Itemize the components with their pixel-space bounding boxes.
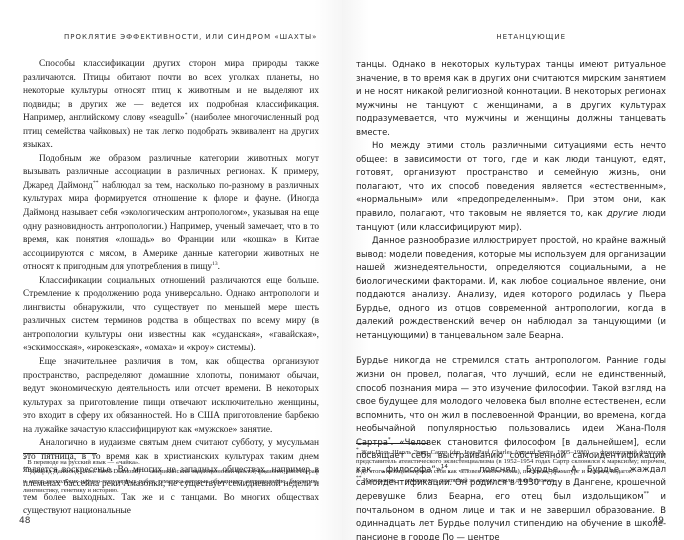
- footnote-text: В переводе на русский язык — «чайка».: [27, 459, 139, 466]
- footnote-divider: [356, 443, 428, 444]
- left-page-body: Способы классификации других сторон мира…: [23, 58, 319, 519]
- book-spread: ПРОКЛЯТИЕ ЭФФЕКТИВНОСТИ, ИЛИ СИНДРОМ «ША…: [0, 0, 684, 540]
- footnote-mark: *: [23, 457, 26, 463]
- running-head-right: НЕТАНЦУЮЩИЕ: [496, 33, 566, 41]
- footnote: * В переводе на русский язык — «чайка».: [23, 458, 319, 467]
- footnotes-right: * Жан-Поль Шарль Эмар Сартр (фр. Jean-Pa…: [356, 448, 666, 486]
- footnote-lang: англ.: [83, 468, 97, 475]
- paragraph: Способы классификации других сторон мира…: [23, 58, 319, 153]
- paragraph: Классификации социальных отношений разли…: [23, 275, 319, 356]
- footnote-divider: [23, 453, 97, 454]
- footnote: * Жан-Поль Шарль Эмар Сартр (фр. Jean-Pa…: [356, 448, 666, 476]
- footnote-mark: **: [23, 466, 29, 472]
- emphasis: другие: [607, 208, 638, 218]
- paragraph: Подобным же образом различные категории …: [23, 153, 319, 275]
- left-page: ПРОКЛЯТИЕ ЭФФЕКТИВНОСТИ, ИЛИ СИНДРОМ «ША…: [0, 0, 342, 540]
- footnotes-left: * В переводе на русский язык — «чайка». …: [23, 458, 319, 496]
- paragraph-text: Но между этими столь различными ситуация…: [356, 140, 666, 218]
- footnote-text: Жан-Поль Шарль Эмар Сартр (: [361, 449, 452, 456]
- footnote-lang: фр.: [452, 449, 462, 456]
- paragraph: Данное разнообразие иллюстрирует простой…: [356, 234, 666, 342]
- paragraph: Еще значительнее различия в том, как общ…: [23, 356, 319, 437]
- right-page: НЕТАНЦУЮЩИЕ танцы. Однако в некоторых ку…: [342, 0, 684, 540]
- footnote: ** Издольщик — земледелец, платящий за а…: [356, 476, 666, 485]
- page-number-right: 49: [653, 516, 664, 526]
- paragraph-text: наблюдал за тем, насколько по-разному в …: [23, 181, 319, 272]
- footnote-text: Издольщик — земледелец, платящий за арен…: [363, 477, 555, 484]
- page-number-left: 48: [19, 516, 30, 526]
- paragraph: Но между этими столь различными ситуация…: [356, 139, 666, 234]
- footnote: ** Джаред Даймонд (англ. Jared Diamond) …: [23, 467, 319, 495]
- footnote-mark: *: [356, 447, 359, 453]
- footnote-text: Джаред Даймонд (: [30, 468, 82, 475]
- paragraph-text: .: [218, 262, 220, 272]
- footnote-mark: **: [356, 475, 362, 481]
- paragraph-text: Бурдье никогда не стремился стать антроп…: [356, 355, 666, 446]
- running-head-left: ПРОКЛЯТИЕ ЭФФЕКТИВНОСТИ, ИЛИ СИНДРОМ «ША…: [64, 33, 317, 41]
- paragraph: танцы. Однако в некоторых культурах танц…: [356, 58, 666, 139]
